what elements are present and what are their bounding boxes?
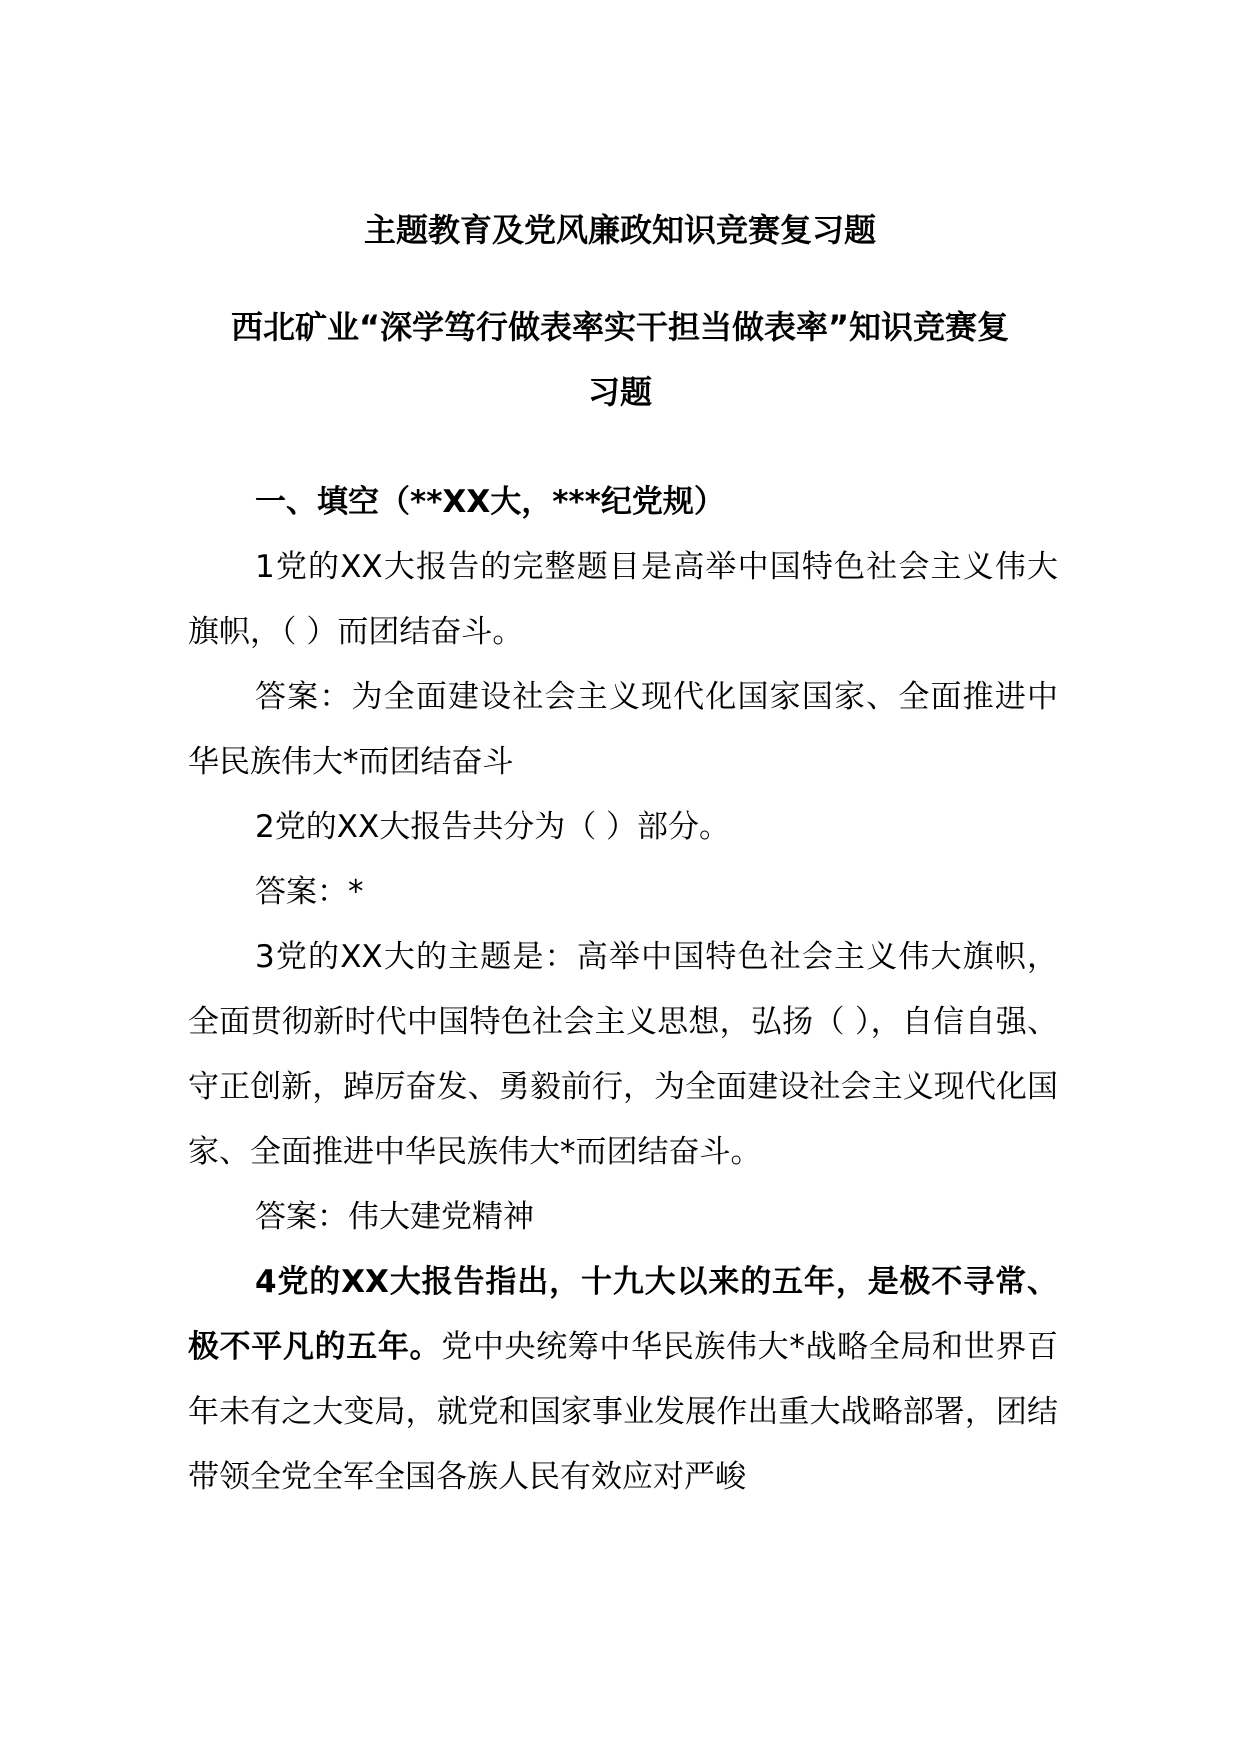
answer-2: 答案：*	[188, 860, 1058, 925]
document-body: 一、填空（**XX大，***纪党规） 1党的XX大报告的完整题目是高举中国特色社…	[188, 470, 1058, 1510]
answer-3: 答案：伟大建党精神	[188, 1185, 1058, 1250]
question-4: 4党的XX大报告指出，十九大以来的五年，是极不寻常、极不平凡的五年。党中央统筹中…	[188, 1250, 1058, 1510]
question-3: 3党的XX大的主题是：高举中国特色社会主义伟大旗帜，全面贯彻新时代中国特色社会主…	[188, 925, 1058, 1185]
question-2: 2党的XX大报告共分为（ ）部分。	[188, 795, 1058, 860]
question-1: 1党的XX大报告的完整题目是高举中国特色社会主义伟大旗帜，（ ）而团结奋斗。	[188, 535, 1058, 665]
document-subtitle-line2: 习题	[0, 372, 1240, 412]
document-page: 主题教育及党风廉政知识竞赛复习题 西北矿业“深学笃行做表率实干担当做表率”知识竞…	[0, 0, 1240, 1754]
section-heading: 一、填空（**XX大，***纪党规）	[188, 470, 1058, 535]
document-subtitle-line1: 西北矿业“深学笃行做表率实干担当做表率”知识竞赛复	[0, 307, 1240, 347]
document-title: 主题教育及党风廉政知识竞赛复习题	[0, 210, 1240, 250]
answer-1: 答案：为全面建设社会主义现代化国家国家、全面推进中华民族伟大*而团结奋斗	[188, 665, 1058, 795]
